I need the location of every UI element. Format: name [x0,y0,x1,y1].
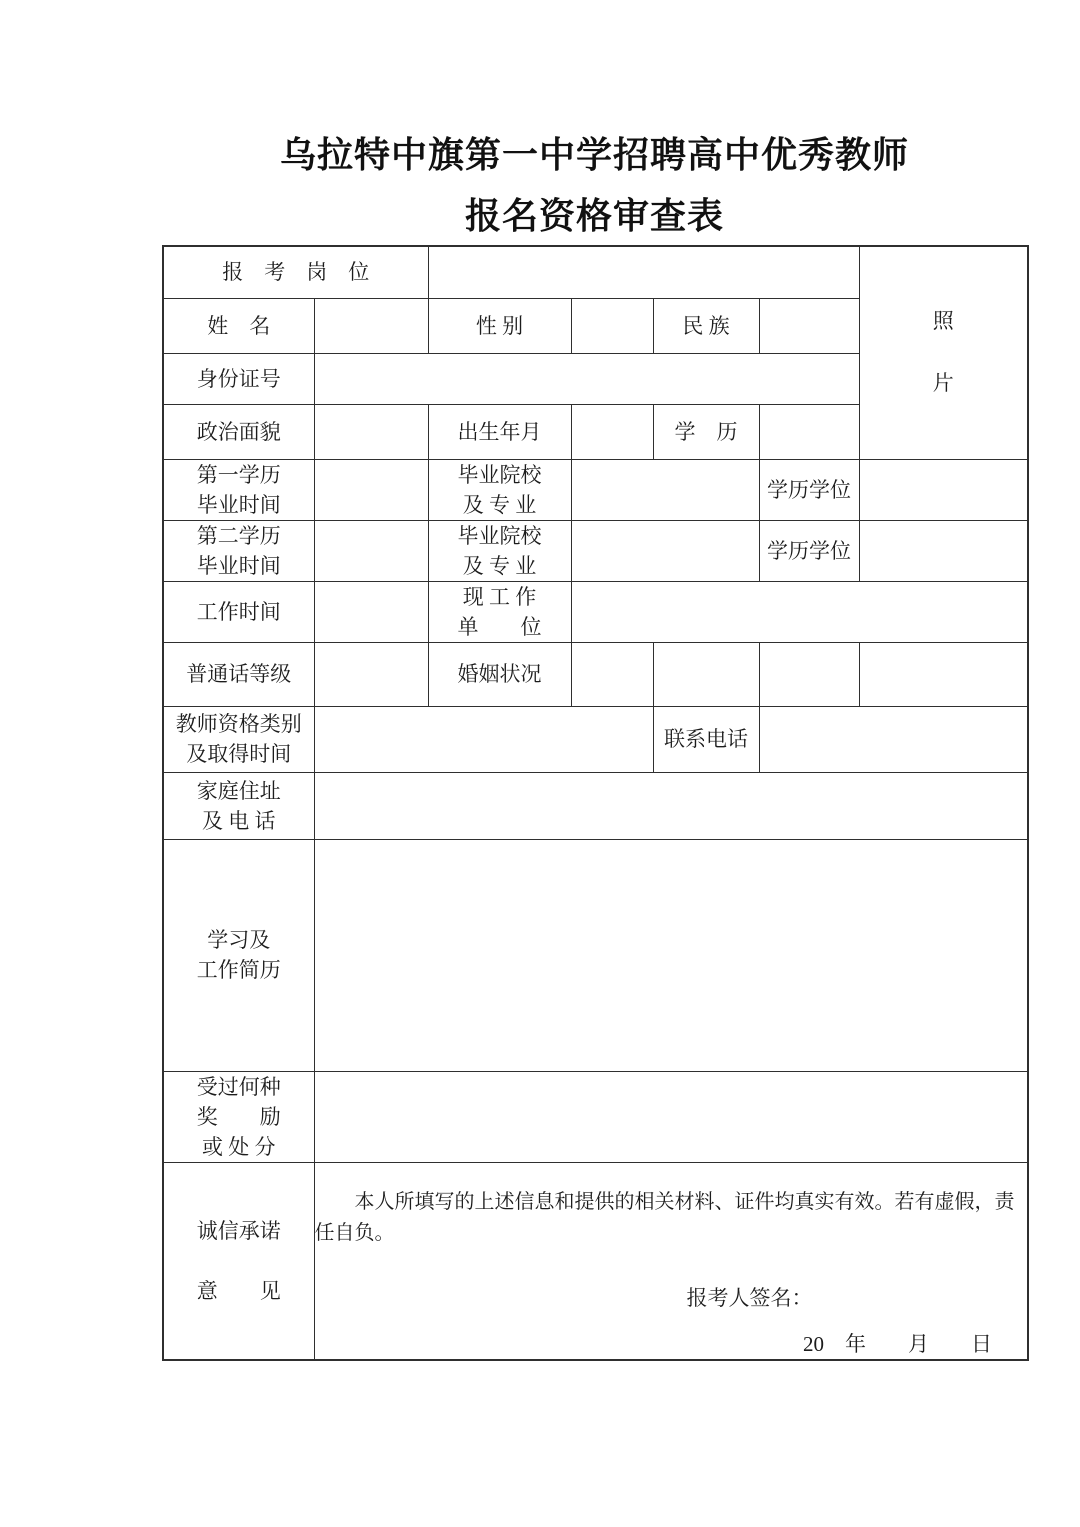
label-first-degree-level: 学历学位 [759,459,859,520]
label-education: 学 历 [653,404,759,459]
promise-content-cell: 本人所填写的上述信息和提供的相关材料、证件均真实有效。若有虚假，责任自负。 报考… [314,1162,1028,1360]
date-line: 20 年 月 日 [315,1329,1028,1359]
row-resume: 学习及 工作简历 [163,839,1028,1071]
row-home-address: 家庭住址 及 电 话 [163,772,1028,839]
promise-statement: 本人所填写的上述信息和提供的相关材料、证件均真实有效。若有虚假，责任自负。 [315,1187,1028,1249]
row-first-degree: 第一学历 毕业时间 毕业院校 及 专 业 学历学位 [163,459,1028,520]
label-id-number: 身份证号 [163,353,314,404]
value-political-status [314,404,428,459]
label-second-degree: 第二学历 毕业时间 [163,520,314,581]
row-second-degree: 第二学历 毕业时间 毕业院校 及 专 业 学历学位 [163,520,1028,581]
empty-cell-3 [859,642,1028,706]
value-ethnicity [759,298,859,353]
label-resume: 学习及 工作简历 [163,839,314,1071]
label-ethnicity: 民 族 [653,298,759,353]
label-current-employer: 现 工 作 单 位 [428,581,571,642]
value-applied-position [428,246,859,298]
value-work-start [314,581,428,642]
label-second-college: 毕业院校 及 专 业 [428,520,571,581]
empty-cell-2 [759,642,859,706]
row-position: 报 考 岗 位 照 片 [163,246,1028,298]
application-form-table: 报 考 岗 位 照 片 姓 名 性 别 民 族 身份证号 政治面貌 出生年月 学… [162,245,1029,1361]
value-id-number [314,353,859,404]
value-second-degree-level [859,520,1028,581]
value-second-degree-time [314,520,428,581]
row-awards: 受过何种 奖 励 或 处 分 [163,1071,1028,1162]
document-page: 乌拉特中旗第一中学招聘高中优秀教师 报名资格审查表 报 考 岗 位 照 片 姓 … [0,0,1080,1527]
label-awards: 受过何种 奖 励 或 处 分 [163,1071,314,1162]
empty-cell-1 [653,642,759,706]
value-resume [314,839,1028,1071]
value-first-college [571,459,759,520]
form-title: 乌拉特中旗第一中学招聘高中优秀教师 报名资格审查表 [162,124,1027,246]
label-first-college: 毕业院校 及 专 业 [428,459,571,520]
label-marital-status: 婚姻状况 [428,642,571,706]
photo-placeholder-cell: 照 片 [859,246,1028,459]
row-putonghua: 普通话等级 婚姻状况 [163,642,1028,706]
value-contact-phone [759,706,1028,772]
label-putonghua-level: 普通话等级 [163,642,314,706]
label-applied-position: 报 考 岗 位 [163,246,428,298]
value-second-college [571,520,759,581]
form-title-line2: 报名资格审查表 [162,185,1027,246]
label-home-address: 家庭住址 及 电 话 [163,772,314,839]
label-name: 姓 名 [163,298,314,353]
row-promise: 诚信承诺 意 见 本人所填写的上述信息和提供的相关材料、证件均真实有效。若有虚假… [163,1162,1028,1360]
value-marital-status [571,642,653,706]
label-first-degree: 第一学历 毕业时间 [163,459,314,520]
value-teacher-cert [314,706,653,772]
value-education [759,404,859,459]
value-gender [571,298,653,353]
row-work-time: 工作时间 现 工 作 单 位 [163,581,1028,642]
label-gender: 性 别 [428,298,571,353]
label-teacher-cert: 教师资格类别 及取得时间 [163,706,314,772]
value-birth-date [571,404,653,459]
label-second-degree-level: 学历学位 [759,520,859,581]
value-first-degree-time [314,459,428,520]
form-title-line1: 乌拉特中旗第一中学招聘高中优秀教师 [162,124,1027,185]
value-home-address [314,772,1028,839]
value-name [314,298,428,353]
label-political-status: 政治面貌 [163,404,314,459]
value-current-employer [571,581,1028,642]
label-work-start: 工作时间 [163,581,314,642]
label-birth-date: 出生年月 [428,404,571,459]
label-promise: 诚信承诺 意 见 [163,1162,314,1360]
value-first-degree-level [859,459,1028,520]
value-awards [314,1071,1028,1162]
value-putonghua-level [314,642,428,706]
row-teacher-cert: 教师资格类别 及取得时间 联系电话 [163,706,1028,772]
label-contact-phone: 联系电话 [653,706,759,772]
applicant-signature-label: 报考人签名： [315,1283,1028,1313]
